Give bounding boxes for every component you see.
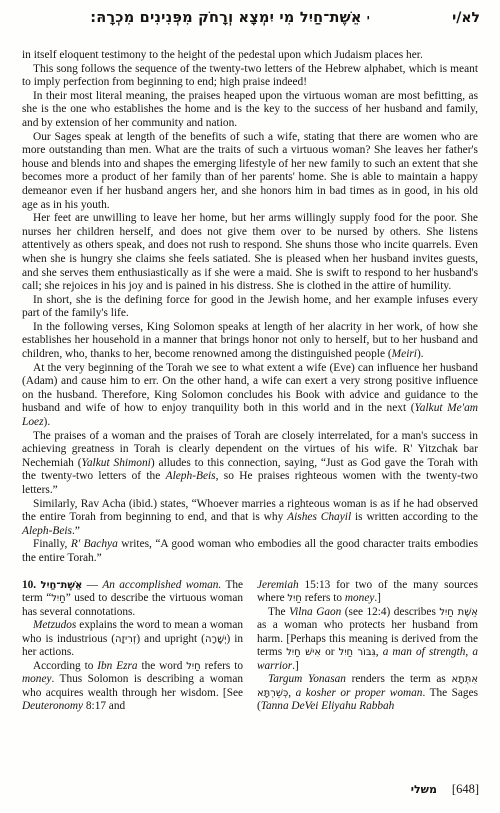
text-run: ) and upright ( <box>136 633 205 645</box>
text-run: Jeremiah <box>257 579 299 591</box>
verse-number: י <box>367 13 370 24</box>
text-run: Her feet are unwilling to leave her home… <box>22 212 478 292</box>
hebrew-term: זְרִיזָה <box>115 634 136 645</box>
hebrew-term: אֵשֶׁת חַיִל <box>439 607 478 618</box>
text-run: refers to <box>302 592 345 604</box>
text-run: 8:17 and <box>83 700 125 712</box>
hebrew-term: גִּבּוֹר חַיִל <box>339 647 376 658</box>
text-run: . Thus Solomon is describing a woman who… <box>22 673 243 699</box>
text-run: Aleph-Beis <box>22 525 72 537</box>
text-run: — <box>82 579 102 591</box>
book-title-hebrew: משלי <box>411 783 437 796</box>
text-run: or <box>321 646 339 658</box>
commentary-section: 10. אֵשֶׁת־חַיִל — An accomplished woman… <box>0 579 500 714</box>
commentary-left-column: 10. אֵשֶׁת־חַיִל — An accomplished woman… <box>22 579 243 714</box>
page-footer: משלי [648] <box>411 782 479 797</box>
text-run: .] <box>374 592 381 604</box>
page-header: י אֵשֶׁת־חַיִל מִי יִמְצָא וְרָחֹק מִפְּ… <box>0 0 500 26</box>
paragraph: According to Ibn Ezra the word חַיִל ref… <box>22 660 243 714</box>
paragraph: In their most literal meaning, the prais… <box>22 90 478 131</box>
paragraph: At the very beginning of the Torah we se… <box>22 362 478 430</box>
paragraph: In short, she is the defining force for … <box>22 294 478 321</box>
text-run: Meiri <box>392 348 417 360</box>
commentary-right-column: Jeremiah 15:13 for two of the many sourc… <box>257 579 478 714</box>
text-run: .] <box>292 660 299 672</box>
text-run: (see 12:4) describes <box>341 606 439 618</box>
hebrew-term: יְשָׁרָה <box>205 634 227 645</box>
text-run: Vilna Gaon <box>289 606 341 618</box>
paragraph: Similarly, Rav Acha (ibid.) states, “Who… <box>22 498 478 539</box>
text-run: , <box>288 687 295 699</box>
paragraph: Our Sages speak at length of the benefit… <box>22 131 478 213</box>
hebrew-term: חַיִל <box>186 661 200 672</box>
text-run: Metzudos <box>33 619 76 631</box>
book-page: י אֵשֶׁת־חַיִל מִי יִמְצָא וְרָחֹק מִפְּ… <box>0 0 500 813</box>
text-run: money <box>22 673 51 685</box>
paragraph: The Vilna Gaon (see 12:4) describes אֵשֶ… <box>257 606 478 674</box>
paragraph: The praises of a woman and the praises o… <box>22 430 478 498</box>
main-text: in itself eloquent testimony to the heig… <box>0 49 500 566</box>
verse-text: אֵשֶׁת־חַיִל מִי יִמְצָא וְרָחֹק מִפְּנִ… <box>90 10 361 26</box>
text-run: the word <box>138 660 187 672</box>
paragraph: In the following verses, King Solomon sp… <box>22 321 478 362</box>
text-run: Targum Yonasan <box>268 673 346 685</box>
text-run: refers to <box>201 660 243 672</box>
text-run: In short, she is the defining force for … <box>22 294 478 320</box>
text-run: In their most literal meaning, the prais… <box>22 90 478 129</box>
text-run: Deuteronomy <box>22 700 83 712</box>
text-run: At the very beginning of the Torah we se… <box>22 362 478 415</box>
text-run: ). <box>44 416 51 428</box>
text-run: ). <box>417 348 424 360</box>
page-number: [648] <box>452 782 479 797</box>
text-run: Yalkut Shimoni <box>82 457 151 469</box>
text-run: in itself eloquent testimony to the heig… <box>22 49 423 61</box>
paragraph: Finally, R' Bachya writes, “A good woman… <box>22 538 478 565</box>
text-run: .” <box>72 525 80 537</box>
text-run: is written according to the <box>351 511 478 523</box>
text-run: According to <box>33 660 97 672</box>
paragraph: 10. אֵשֶׁת־חַיִל — An accomplished woman… <box>22 579 243 620</box>
hebrew-term: חַיִל <box>287 593 301 604</box>
text-run: The <box>268 606 289 618</box>
hebrew-verse: י אֵשֶׁת־חַיִל מִי יִמְצָא וְרָחֹק מִפְּ… <box>22 10 438 26</box>
text-run: Finally, <box>33 538 71 550</box>
text-run: money <box>345 592 374 604</box>
text-run: Aleph-Beis <box>166 470 216 482</box>
paragraph: in itself eloquent testimony to the heig… <box>22 49 478 63</box>
hebrew-term: אֵשֶׁת־חַיִל <box>41 580 83 591</box>
text-run: renders the term as <box>346 673 452 685</box>
text-run: Our Sages speak at length of the benefit… <box>22 131 478 211</box>
text-run: Aishes Chayil <box>287 511 351 523</box>
text-run: This song follows the sequence of the tw… <box>22 63 478 89</box>
text-run: R' Bachya <box>71 538 118 550</box>
text-run: Tanna DeVei Eliyahu Rabbah <box>261 700 395 712</box>
text-run: Ibn Ezra <box>97 660 137 672</box>
verse-citation: לא/י <box>452 10 480 26</box>
hebrew-term: אִישׁ חַיִל <box>286 647 321 658</box>
paragraph: Jeremiah 15:13 for two of the many sourc… <box>257 579 478 606</box>
paragraph: Metzudos explains the word to mean a wom… <box>22 619 243 660</box>
hebrew-term: חַיִל <box>51 593 65 604</box>
paragraph: Her feet are unwilling to leave her home… <box>22 212 478 294</box>
paragraph: This song follows the sequence of the tw… <box>22 63 478 90</box>
text-run: An accomplished woman. <box>102 579 221 591</box>
paragraph: Targum Yonasan renders the term as אִתְּ… <box>257 673 478 714</box>
text-run: a kosher or proper woman <box>296 687 423 699</box>
text-run: , <box>376 646 383 658</box>
text-run: 10. <box>22 579 41 591</box>
